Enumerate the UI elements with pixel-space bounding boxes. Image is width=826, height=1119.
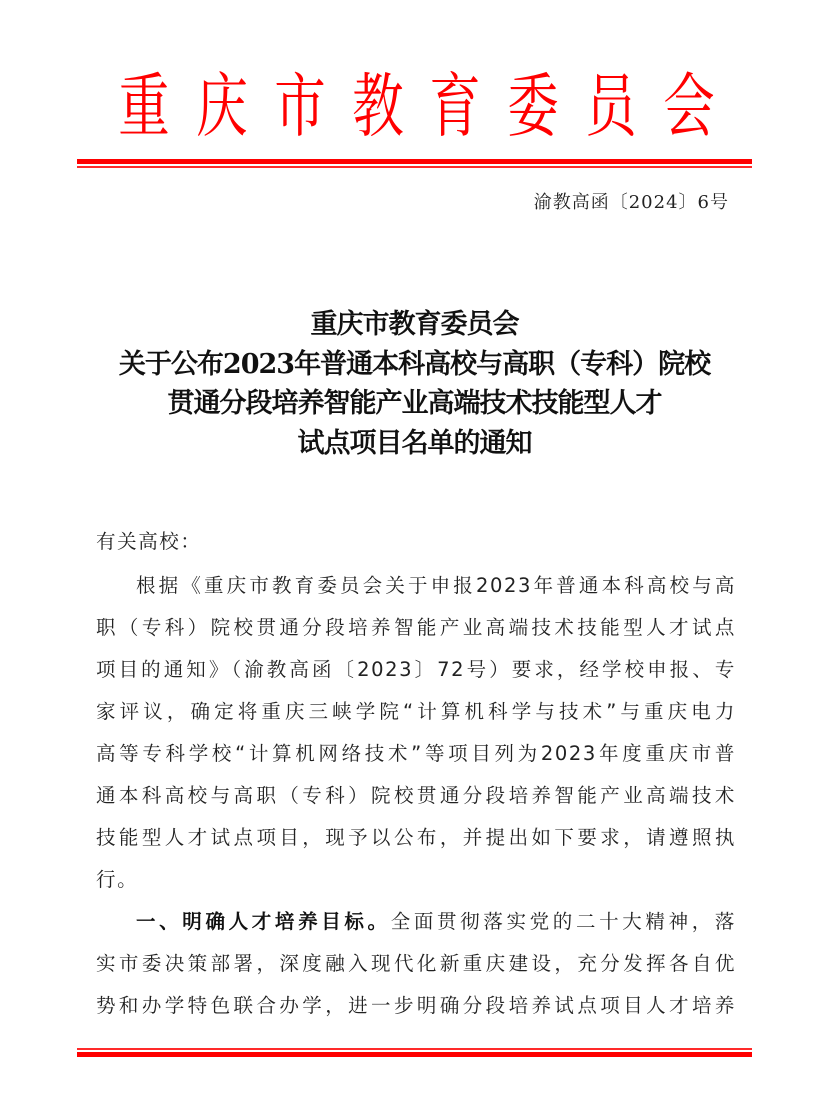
footer-rule-thick [77,1052,752,1057]
document-page: 重 庆 市 教 育 委 员 会 渝教高函〔2024〕6号 重庆市教育委员会 关于… [0,0,826,1119]
paragraph-line: 实市委决策部署，深度融入现代化新重庆建设，充分发挥各自优 [96,948,736,976]
letterhead-char: 会 [663,60,714,155]
letterhead-rule-thick [77,159,752,164]
title-line: 试点项目名单的通知 [77,424,752,464]
document-title: 重庆市教育委员会 关于公布2023年普通本科高校与高职（专科）院校 贯通分段培养… [77,305,752,463]
letterhead-char: 员 [585,60,636,155]
paragraph-line: 项目的通知》（渝教高函〔2023〕72号）要求，经学校申报、专 [96,654,736,682]
title-line: 贯通分段培养智能产业高端技术技能型人才 [77,384,752,424]
title-line: 重庆市教育委员会 [77,305,752,345]
letterhead-char: 育 [430,60,481,155]
letterhead-char: 庆 [196,60,247,155]
document-number: 渝教高函〔2024〕6号 [534,188,729,214]
paragraph-line: 家评议，确定将重庆三峡学院“计算机科学与技术”与重庆电力 [96,696,736,724]
letterhead-rule-thin [77,166,752,168]
footer-rule-thin [77,1048,752,1050]
letterhead-char: 重 [118,60,169,155]
letterhead-org-name: 重 庆 市 教 育 委 员 会 [77,62,752,152]
paragraph-line: 行。 [96,864,138,892]
letterhead-char: 教 [352,60,403,155]
letterhead-char: 委 [507,60,558,155]
paragraph-line: 职（专科）院校贯通分段培养智能产业高端技术技能型人才试点 [96,612,736,640]
section-1-first-line: 一、明确人才培养目标。全面贯彻落实党的二十大精神，落 [136,906,736,934]
paragraph-line: 技能型人才试点项目，现予以公布，并提出如下要求，请遵照执 [96,822,736,850]
section-1-heading: 一、明确人才培养目标。 [136,910,391,933]
paragraph-line: 高等专科学校“计算机网络技术”等项目列为2023年度重庆市普 [96,738,736,766]
paragraph-line: 势和办学特色联合办学，进一步明确分段培养试点项目人才培养 [96,990,736,1018]
salutation: 有关高校： [96,526,202,554]
title-line: 关于公布2023年普通本科高校与高职（专科）院校 [77,345,752,385]
section-1-text: 全面贯彻落实党的二十大精神，落 [391,910,736,933]
paragraph-line: 根据《重庆市教育委员会关于申报2023年普通本科高校与高 [136,570,736,598]
paragraph-line: 通本科高校与高职（专科）院校贯通分段培养智能产业高端技术 [96,780,736,808]
letterhead-char: 市 [274,60,325,155]
